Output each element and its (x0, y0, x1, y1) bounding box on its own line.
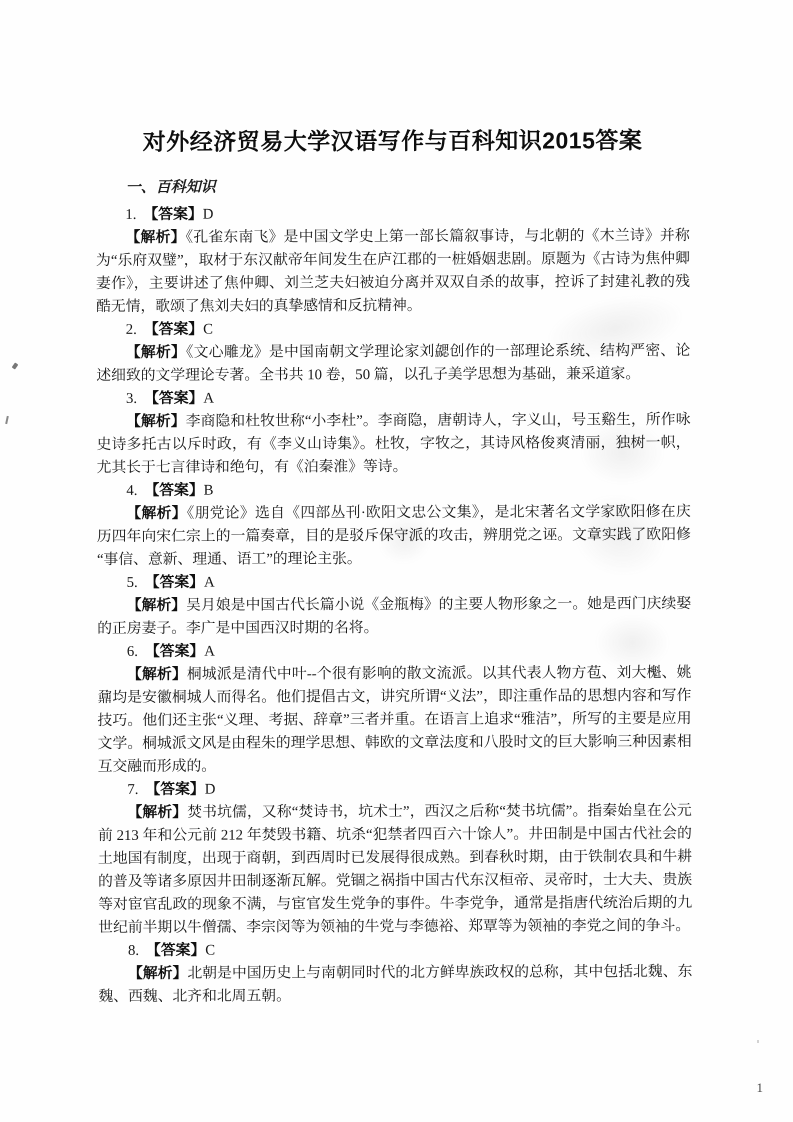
question-number: 3. (126, 391, 137, 407)
question-number: 8. (128, 943, 139, 959)
question-number: 1. (125, 207, 136, 223)
question-number: 5. (127, 575, 138, 591)
analysis-paragraph: 【解析】《孔雀东南飞》是中国文学史上第一部长篇叙事诗，与北朝的《木兰诗》并称为“… (96, 225, 690, 319)
answer-label: 【答案】 (145, 644, 204, 660)
answer-label: 【答案】 (145, 782, 204, 798)
answer-line: 4.【答案】B (97, 478, 691, 503)
scan-artifact (5, 416, 9, 424)
answer-line: 6.【答案】A (97, 639, 691, 664)
analysis-label: 【解析】 (127, 667, 187, 683)
answer-letter: D (205, 782, 216, 798)
analysis-label: 【解析】 (126, 414, 186, 430)
analysis-text: 《朋党论》选自《四部丛刊·欧阳文忠公文集》，是北宋著名文学家欧阳修在庆历四年向宋… (97, 504, 691, 568)
analysis-paragraph: 【解析】李商隐和杜牧世称“小李杜”。李商隐，唐朝诗人，字义山，号玉谿生，所作咏史… (96, 409, 690, 480)
scan-artifact (757, 1040, 759, 1043)
answer-letter: A (203, 391, 214, 407)
answer-item-1: 1.【答案】D 【解析】《孔雀东南飞》是中国文学史上第一部长篇叙事诗，与北朝的《… (96, 202, 690, 319)
analysis-paragraph: 【解析】焚书坑儒，又称“焚诗书，坑术士”，西汉之后称“焚书坑儒”。指秦始皇在公元… (98, 800, 692, 940)
analysis-text: 吴月娘是中国古代长篇小说《金瓶梅》的主要人物形象之一。她是西门庆续娶的正房妻子。… (97, 596, 691, 637)
analysis-paragraph: 【解析】吴月娘是中国古代长篇小说《金瓶梅》的主要人物形象之一。她是西门庆续娶的正… (97, 593, 691, 641)
answer-item-3: 3.【答案】A 【解析】李商隐和杜牧世称“小李杜”。李商隐，唐朝诗人，字义山，号… (96, 386, 690, 480)
question-number: 2. (126, 322, 137, 338)
analysis-label: 【解析】 (125, 230, 185, 246)
analysis-label: 【解析】 (127, 805, 187, 821)
answer-item-2: 2.【答案】C 【解析】《文心雕龙》是中国南朝文学理论家刘勰创作的一部理论系统、… (96, 317, 690, 388)
answer-letter: C (203, 322, 213, 338)
answer-label: 【答案】 (144, 483, 203, 499)
answer-line: 3.【答案】A (96, 386, 690, 411)
page-number: 1 (757, 1080, 764, 1096)
analysis-text: 《孔雀东南飞》是中国文学史上第一部长篇叙事诗，与北朝的《木兰诗》并称为“乐府双璧… (96, 228, 690, 315)
analysis-paragraph: 【解析】北朝是中国历史上与南朝同时代的北方鲜卑族政权的总称，其中包括北魏、东魏、… (98, 961, 692, 1009)
analysis-label: 【解析】 (127, 598, 186, 614)
answer-label: 【答案】 (143, 207, 202, 223)
answer-letter: A (204, 644, 215, 660)
analysis-text: 北朝是中国历史上与南朝同时代的北方鲜卑族政权的总称，其中包括北魏、东魏、西魏、北… (98, 964, 692, 1005)
section-heading: 一、百科知识 (96, 175, 690, 199)
document-content: 对外经济贸易大学汉语写作与百科知识2015答案 一、百科知识 1.【答案】D 【… (95, 125, 692, 1009)
analysis-text: 焚书坑儒，又称“焚诗书，坑术士”，西汉之后称“焚书坑儒”。指秦始皇在公元前 21… (98, 803, 692, 936)
answer-item-6: 6.【答案】A 【解析】桐城派是清代中叶--个很有影响的散文流派。以其代表人物方… (97, 639, 691, 779)
answer-line: 5.【答案】A (97, 570, 691, 595)
analysis-label: 【解析】 (126, 345, 186, 361)
answer-label: 【答案】 (144, 322, 203, 338)
scan-artifact (12, 362, 19, 369)
answer-letter: B (204, 483, 214, 499)
answer-letter: D (203, 207, 214, 223)
analysis-text: 《文心雕龙》是中国南朝文学理论家刘勰创作的一部理论系统、结构严密、论述细致的文学… (96, 343, 690, 384)
answer-item-4: 4.【答案】B 【解析】《朋党论》选自《四部丛刊·欧阳文忠公文集》，是北宋著名文… (97, 478, 691, 572)
question-number: 6. (127, 644, 138, 660)
answer-line: 1.【答案】D (96, 202, 690, 227)
answer-letter: C (205, 943, 215, 959)
answer-letter: A (204, 575, 215, 591)
analysis-text: 桐城派是清代中叶--个很有影响的散文流派。以其代表人物方苞、刘大櫆、姚鼐均是安徽… (97, 665, 691, 775)
page-title: 对外经济贸易大学汉语写作与百科知识2015答案 (95, 125, 689, 157)
analysis-label: 【解析】 (128, 966, 187, 982)
question-number: 4. (126, 483, 137, 499)
answer-item-7: 7.【答案】D 【解析】焚书坑儒，又称“焚诗书，坑术士”，西汉之后称“焚书坑儒”… (98, 777, 693, 940)
answer-label: 【答案】 (145, 575, 204, 591)
analysis-paragraph: 【解析】《朋党论》选自《四部丛刊·欧阳文忠公文集》，是北宋著名文学家欧阳修在庆历… (97, 501, 691, 572)
question-number: 7. (127, 782, 138, 798)
answer-label: 【答案】 (146, 943, 205, 959)
analysis-paragraph: 【解析】桐城派是清代中叶--个很有影响的散文流派。以其代表人物方苞、刘大櫆、姚鼐… (97, 662, 691, 779)
analysis-paragraph: 【解析】《文心雕龙》是中国南朝文学理论家刘勰创作的一部理论系统、结构严密、论述细… (96, 340, 690, 388)
analysis-label: 【解析】 (126, 506, 187, 522)
analysis-text: 李商隐和杜牧世称“小李杜”。李商隐，唐朝诗人，字义山，号玉谿生，所作咏史诗多托古… (97, 412, 691, 476)
answer-line: 7.【答案】D (98, 777, 692, 802)
answer-label: 【答案】 (144, 391, 203, 407)
answer-item-8: 8.【答案】C 【解析】北朝是中国历史上与南朝同时代的北方鲜卑族政权的总称，其中… (98, 938, 692, 1009)
document-page: 对外经济贸易大学汉语写作与百科知识2015答案 一、百科知识 1.【答案】D 【… (0, 0, 793, 1122)
answer-line: 8.【答案】C (98, 938, 692, 963)
answer-line: 2.【答案】C (96, 317, 690, 342)
answer-list: 1.【答案】D 【解析】《孔雀东南飞》是中国文学史上第一部长篇叙事诗，与北朝的《… (96, 202, 693, 1009)
answer-item-5: 5.【答案】A 【解析】吴月娘是中国古代长篇小说《金瓶梅》的主要人物形象之一。她… (97, 570, 691, 641)
